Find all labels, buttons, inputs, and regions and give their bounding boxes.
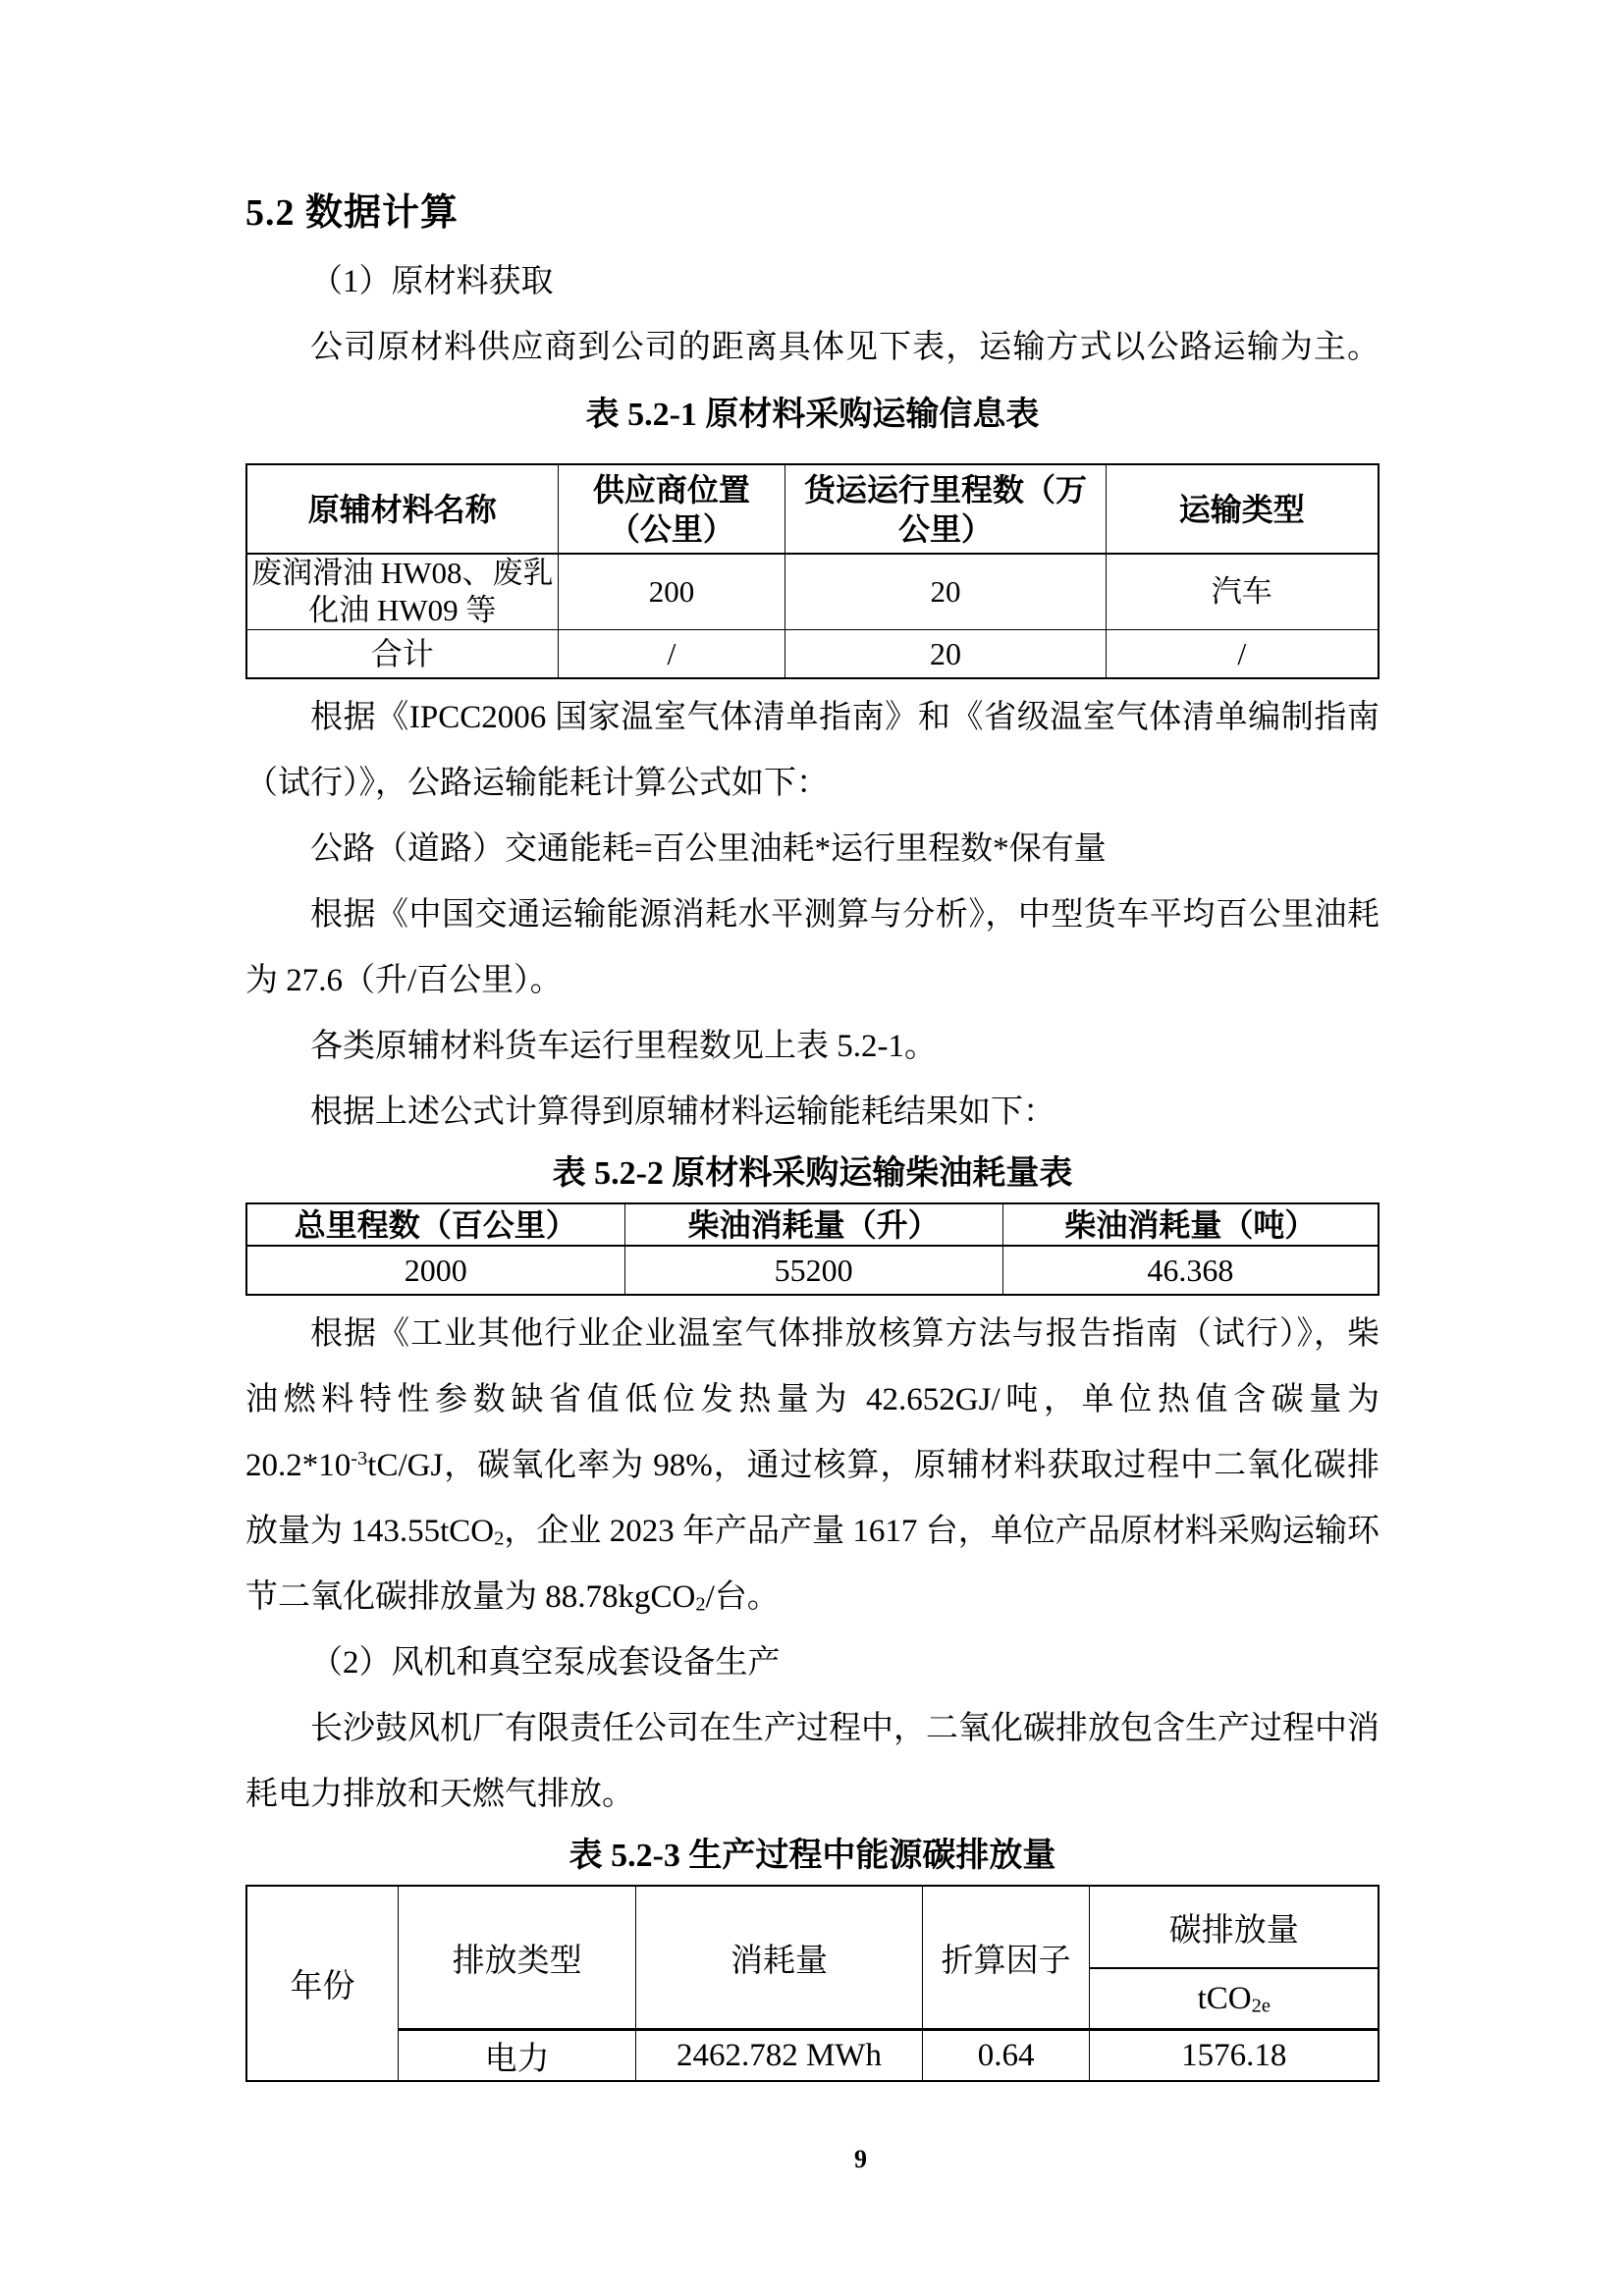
superscript: -3 [351, 1448, 367, 1469]
paragraph-5: 公路（道路）交通能耗=百公里油耗*运行里程数*保有量 [245, 817, 1380, 882]
unit-text: tCO [1198, 1981, 1252, 2016]
table-header-cell-consumption: 消耗量 [636, 1886, 923, 2030]
table-header-cell-factor: 折算因子 [922, 1886, 1090, 2030]
table-cell: 46.368 [1002, 1246, 1379, 1295]
text-run: tC/GJ，碳氧化率为 98%，通过核算，原辅材料获取过程中二氧化碳排 [367, 1448, 1380, 1483]
table-header-cell: 供应商位置（公里） [558, 464, 785, 554]
page-content: 5.2 数据计算 （1）原材料获取 公司原材料供应商到公司的距离具体见下表，运输… [245, 185, 1380, 2082]
table-header-row: 原辅材料名称 供应商位置（公里） 货运运行里程数（万公里） 运输类型 [246, 464, 1379, 554]
table-row: 2000 55200 46.368 [246, 1246, 1379, 1295]
table-cell: 2462.782 MWh [636, 2030, 923, 2082]
paragraph-2: 公司原材料供应商到公司的距离具体见下表，运输方式以公路运输为主。 [245, 315, 1380, 381]
paragraph-7: 为 27.6（升/百公里）。 [245, 948, 1380, 1014]
table-header-cell: 原辅材料名称 [246, 464, 558, 554]
table-header-cell-type: 排放类型 [399, 1886, 636, 2030]
page-number: 9 [0, 2145, 1623, 2174]
table-header-row: 年份 排放类型 消耗量 折算因子 碳排放量 [246, 1886, 1379, 1968]
paragraph-16: 长沙鼓风机厂有限责任公司在生产过程中，二氧化碳排放包含生产过程中消 [245, 1696, 1380, 1762]
table-cell: / [558, 630, 785, 679]
paragraph-11: 油燃料特性参数缺省值低位发热量为 42.652GJ/吨，单位热值含碳量为 [245, 1367, 1380, 1433]
table-cell: 1576.18 [1090, 2030, 1379, 2082]
paragraph-8: 各类原辅材料货车运行里程数见上表 5.2-1。 [245, 1014, 1380, 1080]
section-heading: 5.2 数据计算 [245, 185, 1380, 241]
table-header-cell-emission: 碳排放量 [1090, 1886, 1379, 1968]
table-header-cell: 柴油消耗量（吨） [1002, 1203, 1379, 1246]
table-row: 电力 2462.782 MWh 0.64 1576.18 [246, 2030, 1379, 2082]
table-5-2-1: 原辅材料名称 供应商位置（公里） 货运运行里程数（万公里） 运输类型 废润滑油 … [245, 463, 1380, 679]
table-cell: 55200 [624, 1246, 1002, 1295]
table-cell: 汽车 [1106, 554, 1379, 630]
subscript: 2 [695, 1594, 705, 1616]
table-row: 废润滑油 HW08、废乳化油 HW09 等 200 20 汽车 [246, 554, 1379, 630]
table-cell: 200 [558, 554, 785, 630]
paragraph-17: 耗电力排放和天燃气排放。 [245, 1762, 1380, 1828]
paragraph-3: 根据《IPCC2006 国家温室气体清单指南》和《省级温室气体清单编制指南 [245, 685, 1380, 751]
table-5-2-2: 总里程数（百公里） 柴油消耗量（升） 柴油消耗量（吨） 2000 55200 4… [245, 1202, 1380, 1296]
table-header-cell-year: 年份 [246, 1886, 399, 2081]
table-cell: 0.64 [922, 2030, 1090, 2082]
table-cell: 电力 [399, 2030, 636, 2082]
table-cell: 20 [785, 554, 1106, 630]
table-cell: 2000 [246, 1246, 624, 1295]
paragraph-12: 20.2*10-3tC/GJ，碳氧化率为 98%，通过核算，原辅材料获取过程中二… [245, 1433, 1380, 1499]
paragraph-13: 放量为 143.55tCO2，企业 2023 年产品产量 1617 台，单位产品… [245, 1499, 1380, 1565]
paragraph-1: （1）原材料获取 [245, 249, 1380, 315]
document-page: 5.2 数据计算 （1）原材料获取 公司原材料供应商到公司的距离具体见下表，运输… [0, 0, 1623, 2296]
text-run: 节二氧化碳排放量为 88.78kgCO [245, 1579, 695, 1615]
table-5-2-3: 年份 排放类型 消耗量 折算因子 碳排放量 tCO2e 电力 2462.782 … [245, 1885, 1380, 2082]
paragraph-10: 根据《工业其他行业企业温室气体排放核算方法与报告指南（试行）》，柴 [245, 1302, 1380, 1367]
text-run: 放量为 143.55tCO [245, 1514, 494, 1549]
subscript: 2 [494, 1528, 504, 1550]
text-run: /台。 [706, 1579, 780, 1615]
text-run: ，企业 2023 年产品产量 1617 台，单位产品原材料采购运输环 [504, 1514, 1380, 1549]
paragraph-9: 根据上述公式计算得到原辅材料运输能耗结果如下： [245, 1080, 1380, 1146]
unit-subscript: 2e [1252, 1995, 1271, 2016]
table-cell: 合计 [246, 630, 558, 679]
table1-title: 表 5.2-1 原材料采购运输信息表 [245, 381, 1380, 450]
table3-title: 表 5.2-3 生产过程中能源碳排放量 [245, 1828, 1380, 1885]
table2-title: 表 5.2-2 原材料采购运输柴油耗量表 [245, 1146, 1380, 1202]
table-cell: 废润滑油 HW08、废乳化油 HW09 等 [246, 554, 558, 630]
table-header-cell: 柴油消耗量（升） [624, 1203, 1002, 1246]
table-cell: 20 [785, 630, 1106, 679]
table-row: 合计 / 20 / [246, 630, 1379, 679]
table-header-cell: 货运运行里程数（万公里） [785, 464, 1106, 554]
table-header-cell-unit: tCO2e [1090, 1968, 1379, 2030]
table-header-cell: 运输类型 [1106, 464, 1379, 554]
text-run: 20.2*10 [245, 1448, 351, 1483]
table-header-row: 总里程数（百公里） 柴油消耗量（升） 柴油消耗量（吨） [246, 1203, 1379, 1246]
table-cell: / [1106, 630, 1379, 679]
table-header-cell: 总里程数（百公里） [246, 1203, 624, 1246]
paragraph-15: （2）风机和真空泵成套设备生产 [245, 1630, 1380, 1696]
paragraph-6: 根据《中国交通运输能源消耗水平测算与分析》，中型货车平均百公里油耗 [245, 882, 1380, 948]
paragraph-14: 节二氧化碳排放量为 88.78kgCO2/台。 [245, 1565, 1380, 1630]
paragraph-4: （试行）》，公路运输能耗计算公式如下： [245, 751, 1380, 817]
